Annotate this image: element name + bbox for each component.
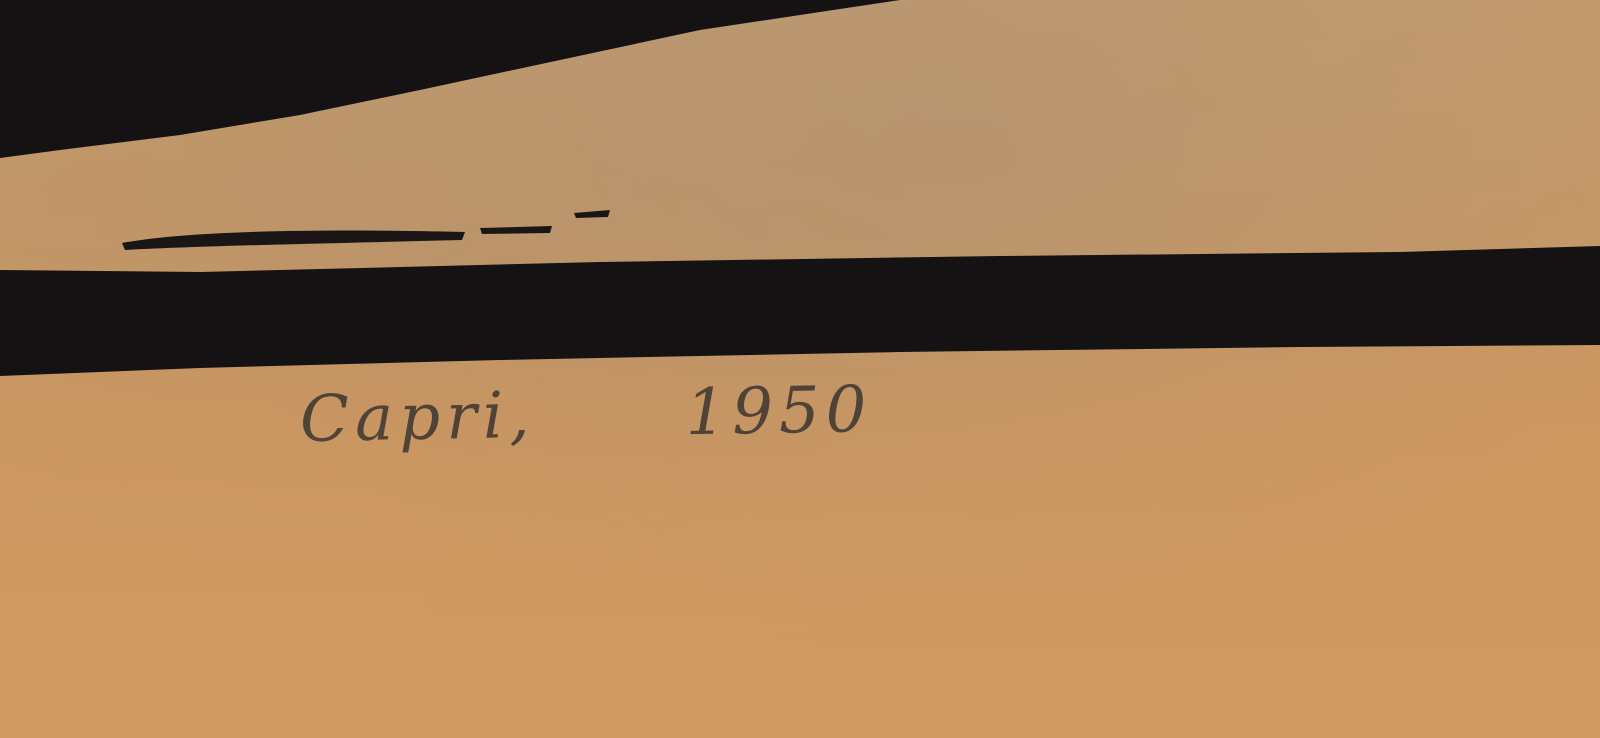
ink-dot xyxy=(574,210,610,218)
pencil-inscription: Capri,1950 xyxy=(299,373,873,457)
black-mountain-shape xyxy=(0,0,900,158)
ink-dash xyxy=(480,226,552,234)
inscription-place: Capri, xyxy=(299,379,536,457)
woodcut-print: Capri,1950 xyxy=(0,0,1600,738)
inscription-year: 1950 xyxy=(685,373,873,450)
ink-shapes xyxy=(0,0,1600,738)
thin-ink-stroke xyxy=(122,230,465,250)
black-horizon-band xyxy=(0,246,1600,376)
